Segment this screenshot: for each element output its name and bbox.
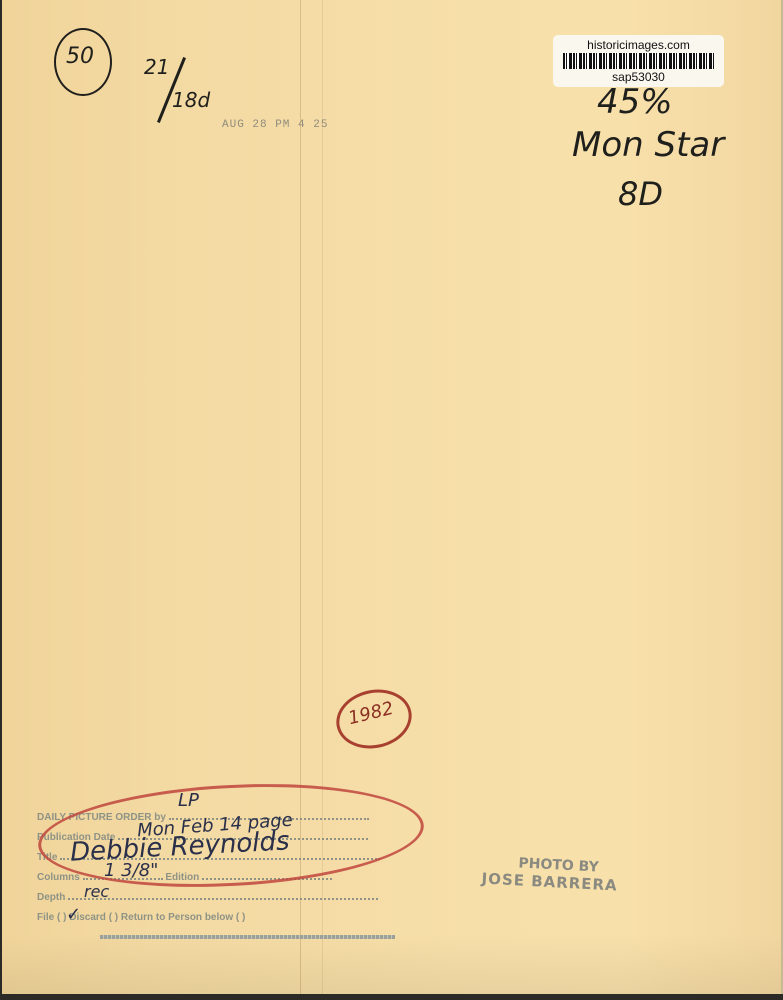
return-option: Return to Person below ( ): [121, 912, 245, 923]
fraction-bottom: 18d: [172, 88, 210, 112]
photo-credit-stamp: PHOTO BY JOSE BARRERA: [481, 853, 619, 894]
file-checkmark: ✓: [66, 904, 81, 925]
circled-number-text: 50: [66, 44, 94, 69]
label-site: historicimages.com: [553, 38, 724, 52]
percent-note: 45%: [597, 82, 673, 122]
columns-label: Columns: [37, 872, 80, 883]
barcode-icon: [563, 53, 714, 69]
file-option: File ( ): [37, 912, 66, 923]
section-note: 8D: [618, 175, 663, 213]
form-bottom-rule: [100, 935, 395, 939]
barcode-label: historicimages.com sap53030: [553, 35, 724, 87]
date-stamp: AUG 28 PM 4 25: [222, 119, 328, 131]
depth-value: rec: [84, 882, 109, 901]
publication-note: Mon Star: [572, 125, 724, 165]
photo-back-paper: 50 21 18d AUG 28 PM 4 25 historicimages.…: [2, 0, 783, 994]
fraction-top: 21: [144, 55, 169, 79]
depth-label: Depth: [37, 892, 65, 903]
